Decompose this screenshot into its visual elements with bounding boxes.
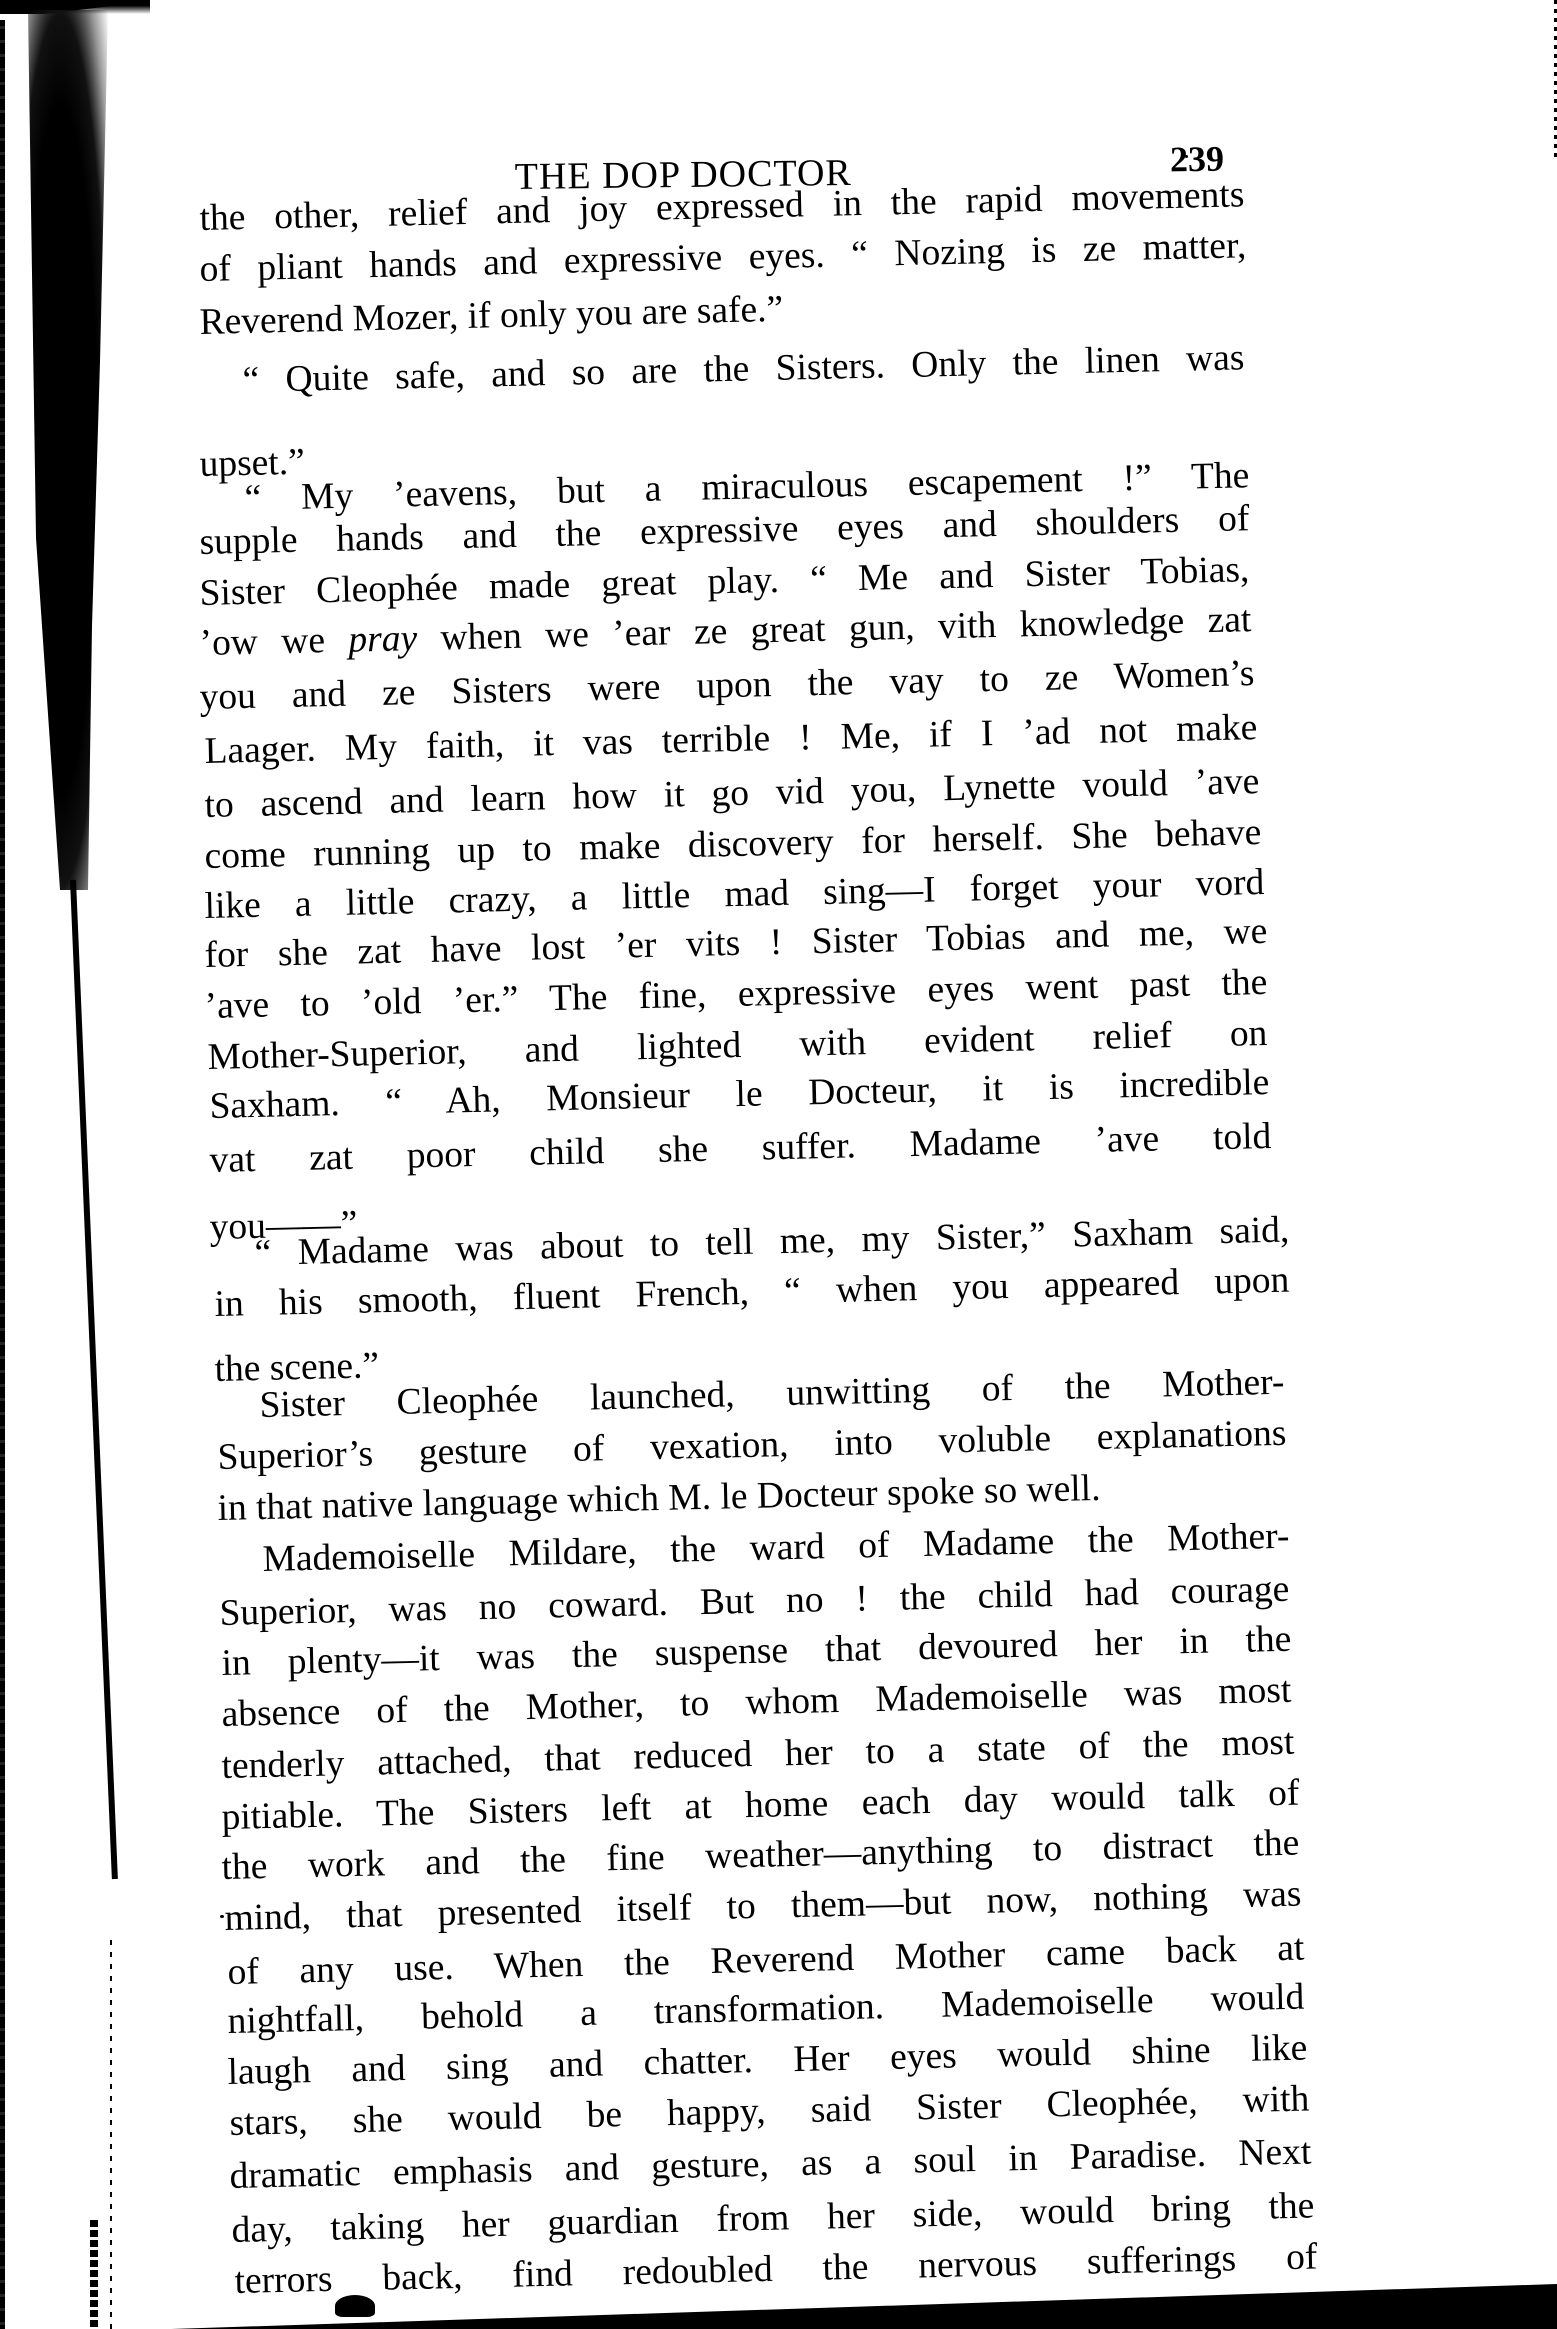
text-line: “ Quite safe, and so are the Sisters. On… bbox=[242, 339, 1245, 399]
scan-edge-left bbox=[0, 20, 5, 2329]
text-line: vat zat poor child she suffer. Madame ’a… bbox=[209, 1118, 1272, 1180]
binding-shadow bbox=[28, 10, 108, 890]
binding-gutter-dots-2 bbox=[90, 2220, 98, 2329]
text-line: absence of the Mother, to whom Mademoise… bbox=[221, 1671, 1292, 1733]
text-line: Laager. My faith, it vas terrible ! Me, … bbox=[204, 709, 1258, 770]
text-line: Superior’s gesture of vexation, into vol… bbox=[217, 1415, 1287, 1477]
text-line: of pliant hands and expressive eyes. “ N… bbox=[199, 227, 1247, 288]
text-line: dramatic emphasis and gesture, as a soul… bbox=[229, 2133, 1312, 2195]
binding-gutter-dots bbox=[110, 1940, 112, 2329]
text-line: mind, that presented itself to them—but … bbox=[224, 1875, 1302, 1937]
text-line: you and ze Sisters were upon the vay to … bbox=[199, 655, 1255, 716]
text-line: in that native language which M. le Doct… bbox=[217, 1466, 1285, 1528]
text-line: Reverend Mozer, if only you are safe.” bbox=[199, 290, 783, 341]
text-line: stars, she would be happy, said Sister C… bbox=[229, 2080, 1310, 2142]
text-line: terrors back, find redoubled the nervous… bbox=[234, 2238, 1318, 2300]
text-line: Mademoiselle Mildare, the ward of Madame… bbox=[262, 1518, 1290, 1579]
ink-speck bbox=[220, 1915, 224, 1918]
binding-gutter-line bbox=[70, 880, 118, 1879]
text-line: Sister Cleophée launched, unwitting of t… bbox=[259, 1363, 1285, 1424]
